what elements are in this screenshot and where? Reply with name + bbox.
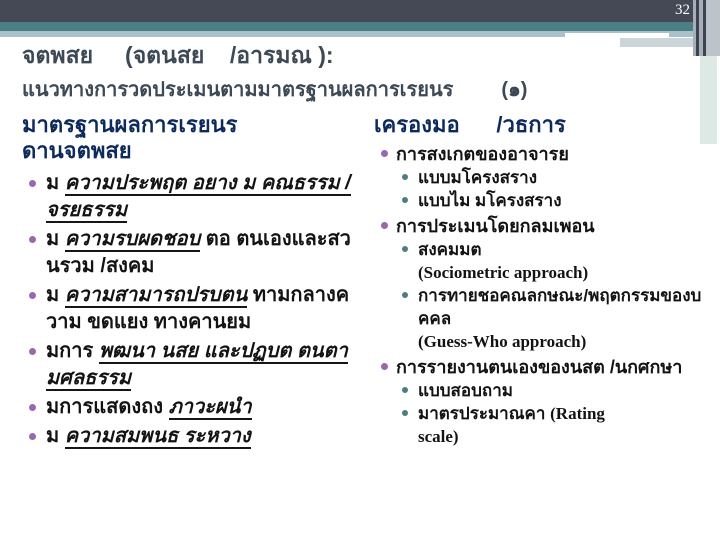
bullet-item: ม ความสมพนธ ระหวาง <box>22 423 352 450</box>
bullet-dot-icon <box>29 180 36 187</box>
slide-title: จตพสย (จตนสย /อารมณ ): <box>22 40 687 70</box>
bullet-dot-icon <box>29 236 36 243</box>
text-segment: แบบไม มโครงสราง <box>418 191 562 210</box>
left-bullet-list: ม ความประพฤต อยาง ม คณธรรม /จรยธรรมม ควา… <box>22 170 352 450</box>
sub-bullet-item: แบบไม มโครงสราง <box>398 189 710 212</box>
text-segment: ความประพฤต อยาง ม คณธรรม /จรยธรรม <box>46 172 351 223</box>
bullet-item: การรายงานตนเองของนสต /นกศกษา <box>374 355 710 379</box>
bullet-dot-icon <box>29 404 36 411</box>
stripe-line <box>706 0 720 56</box>
left-column: มาตรฐานผลการเรยนร ดานจตพสย ม ความประพฤต … <box>22 112 352 450</box>
bullet-item: มการ พฒนา นสย และปฏบต ตนตามศลธรรม <box>22 338 352 392</box>
text-segment: ม <box>46 228 65 250</box>
bullet-dot-icon <box>29 292 36 299</box>
sub-bullet-item: การทายชอคณลกษณะ/พฤตกรรมของบคคล(Guess-Who… <box>398 284 710 353</box>
left-heading-line2: ดานจตพสย <box>22 138 352 164</box>
text-segment: ความสามารถปรบตน <box>65 284 248 308</box>
bullet-item: ม ความรบผดชอบ ตอ ตนเองและสวนรวม /สงคม <box>22 226 352 280</box>
bullet-dot-icon <box>402 410 408 416</box>
bullet-dot-icon <box>381 150 388 157</box>
left-column-heading: มาตรฐานผลการเรยนร ดานจตพสย <box>22 112 352 164</box>
text-segment: การทายชอคณลกษณะ/พฤตกรรมของบคคล <box>418 286 701 328</box>
text-segment: ม <box>46 172 65 194</box>
text-segment: มการ <box>46 340 99 362</box>
stripe-line <box>696 0 699 56</box>
text-segment: ความรบผดชอบ <box>65 228 200 252</box>
slide-subtitle: แนวทางการวดประเมนตามมาตรฐานผลการเรยนร <box>22 77 453 103</box>
bullet-dot-icon <box>402 387 408 393</box>
sub-bullet-item: สงคมมต(Sociometric approach) <box>398 238 710 284</box>
right-column-heading: เครองมอ /วธการ <box>374 112 710 138</box>
text-segment: (Rating <box>550 404 605 423</box>
bullet-dot-icon <box>402 174 408 180</box>
sub-bullet-item: แบบสอบถาม <box>398 379 710 402</box>
bullet-item: ม ความประพฤต อยาง ม คณธรรม /จรยธรรม <box>22 170 352 224</box>
content-area: มาตรฐานผลการเรยนร ดานจตพสย ม ความประพฤต … <box>22 112 714 450</box>
bullet-dot-icon <box>381 222 388 229</box>
right-column: เครองมอ /วธการ การสงเกตของอาจารยแบบมโครง… <box>374 112 710 450</box>
page-number: 32 <box>675 2 690 19</box>
header-corner-stripes <box>693 0 720 56</box>
sub-bullet-item: แบบมโครงสราง <box>398 166 710 189</box>
sub-bullet-item: มาตรประมาณคา (Rating scale) <box>398 402 710 448</box>
text-segment: scale) <box>418 427 459 446</box>
bullet-item: มการแสดงถง ภาวะผนำ <box>22 394 352 421</box>
text-segment: สงคมมต <box>418 240 482 259</box>
bullet-dot-icon <box>402 292 408 298</box>
bullet-dot-icon <box>29 348 36 355</box>
bullet-dot-icon <box>29 433 36 440</box>
header-dark-bar <box>0 0 720 22</box>
text-segment: ภาวะผนำ <box>169 396 252 420</box>
bullet-item: การสงเกตของอาจารย <box>374 142 710 166</box>
text-segment: ม <box>46 284 65 306</box>
text-segment: การรายงานตนเองของนสต /นกศกษา <box>396 357 682 377</box>
header-teal-band <box>0 22 720 31</box>
text-segment: การสงเกตของอาจารย <box>396 144 569 164</box>
bullet-item: ม ความสามารถปรบตน ทามกลางความ ขดแยง ทางค… <box>22 282 352 336</box>
bullet-dot-icon <box>381 363 388 370</box>
slide: 32 จตพสย (จตนสย /อารมณ ): แนวทางการวดประ… <box>0 0 720 540</box>
text-segment: ม <box>46 425 65 447</box>
title-block: จตพสย (จตนสย /อารมณ ): แนวทางการวดประเมน… <box>22 40 687 103</box>
bullet-item: การประเมนโดยกลมเพอน <box>374 214 710 238</box>
left-heading-line1: มาตรฐานผลการเรยนร <box>22 112 352 138</box>
slide-subtitle-row: แนวทางการวดประเมนตามมาตรฐานผลการเรยนร (๑… <box>22 77 687 103</box>
text-segment: แบบมโครงสราง <box>418 168 537 187</box>
text-segment: (Guess-Who approach) <box>418 332 586 351</box>
bullet-dot-icon <box>402 197 408 203</box>
text-segment: การประเมนโดยกลมเพอน <box>396 216 595 236</box>
bullet-dot-icon <box>402 246 408 252</box>
text-segment: ความสมพนธ ระหวาง <box>65 425 251 449</box>
text-segment: (Sociometric approach) <box>418 263 588 282</box>
text-segment: แบบสอบถาม <box>418 381 513 400</box>
subtitle-number: (๑) <box>501 77 527 103</box>
right-bullet-list: การสงเกตของอาจารยแบบมโครงสรางแบบไม มโครง… <box>374 142 710 448</box>
text-segment: มการแสดงถง <box>46 396 169 418</box>
text-segment: มาตรประมาณคา <box>418 404 550 423</box>
